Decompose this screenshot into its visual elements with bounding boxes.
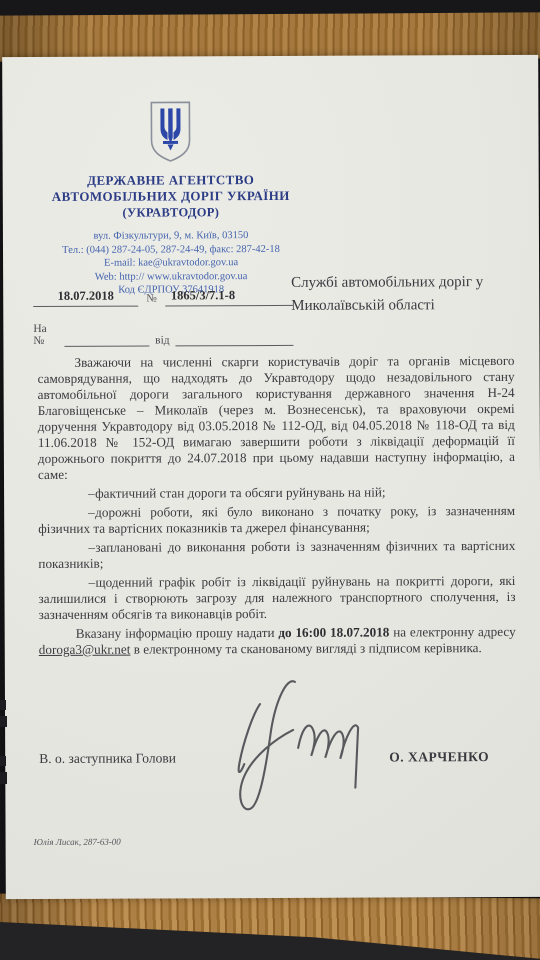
list-dash: – [63,486,95,502]
reference-block: 18.07.2018 № 1865/3/7.1-8 На № від [33,288,293,347]
list-dash: – [63,540,95,556]
recipient-line1: Службі автомобільних доріг у [291,271,521,295]
reply-reference-line: На № від [33,322,293,347]
handwritten-signature [213,667,390,824]
email-address: doroga3@ukr.net [39,642,131,657]
paragraph-closing: Вказану інформацію прошу надати до 16:00… [39,624,516,658]
trident-emblem-icon [147,100,193,163]
reply-number-blank [64,335,149,347]
agency-short-name: (УКРАВТОДОР) [25,205,317,221]
reply-to-label: На № [33,323,58,347]
photo-background: ДЕРЖАВНЕ АГЕНТСТВО АВТОМОБІЛЬНИХ ДОРІГ У… [0,0,540,960]
executor-footer: Юлія Лисак, 287-63-00 [34,837,121,847]
signer-title: В. о. заступника Голови [39,750,176,767]
address-line: вул. Фізкультури, 9, м. Київ, 03150 [25,229,317,244]
list-dash: – [63,505,95,521]
list-item: –фактичний стан дороги та обсяги руйнува… [38,484,515,502]
list-dash: – [63,575,95,591]
letterhead: ДЕРЖАВНЕ АГЕНТСТВО АВТОМОБІЛЬНИХ ДОРІГ У… [24,100,317,298]
document-paper: ДЕРЖАВНЕ АГЕНТСТВО АВТОМОБІЛЬНИХ ДОРІГ У… [2,55,540,899]
agency-name-line2: АВТОМОБІЛЬНИХ ДОРІГ УКРАЇНИ [25,188,317,205]
recipient-line2: Миколаївській області [291,294,521,318]
number-sign: № [146,293,157,307]
email-line: E-mail: kae@ukravtodor.gov.ua [25,256,317,271]
letter-body: Зважаючи на численні скарги користувачів… [37,353,515,658]
deadline-text: до 16:00 18.07.2018 [278,624,389,639]
reply-date-blank [176,334,294,347]
list-item: –заплановані до виконання роботи із зазн… [38,538,515,572]
document-number: 1865/3/7.1-8 [165,288,293,307]
agency-name-line1: ДЕРЖАВНЕ АГЕНТСТВО [25,172,317,189]
list-item: –дорожні роботи, які було виконано з поч… [38,503,515,537]
document-date: 18.07.2018 [33,289,138,307]
signer-name: О. ХАРЧЕНКО [389,749,489,765]
edge-mark [0,716,7,727]
recipient-block: Службі автомобільних доріг у Миколаївськ… [291,271,521,318]
edge-mark [0,700,6,710]
list-item: –щоденний графік робіт із ліквідації руй… [38,573,515,623]
paragraph-intro: Зважаючи на численні скарги користувачів… [37,353,515,483]
web-line: Web: http:// www.ukravtodor.gov.ua [25,269,317,284]
reply-from-label: від [155,334,170,346]
phone-line: Тел.: (044) 287-24-05, 287-24-49, факс: … [25,242,317,257]
outgoing-reference-line: 18.07.2018 № 1865/3/7.1-8 [33,288,293,307]
edge-mark [0,772,7,784]
edge-mark [0,756,6,766]
